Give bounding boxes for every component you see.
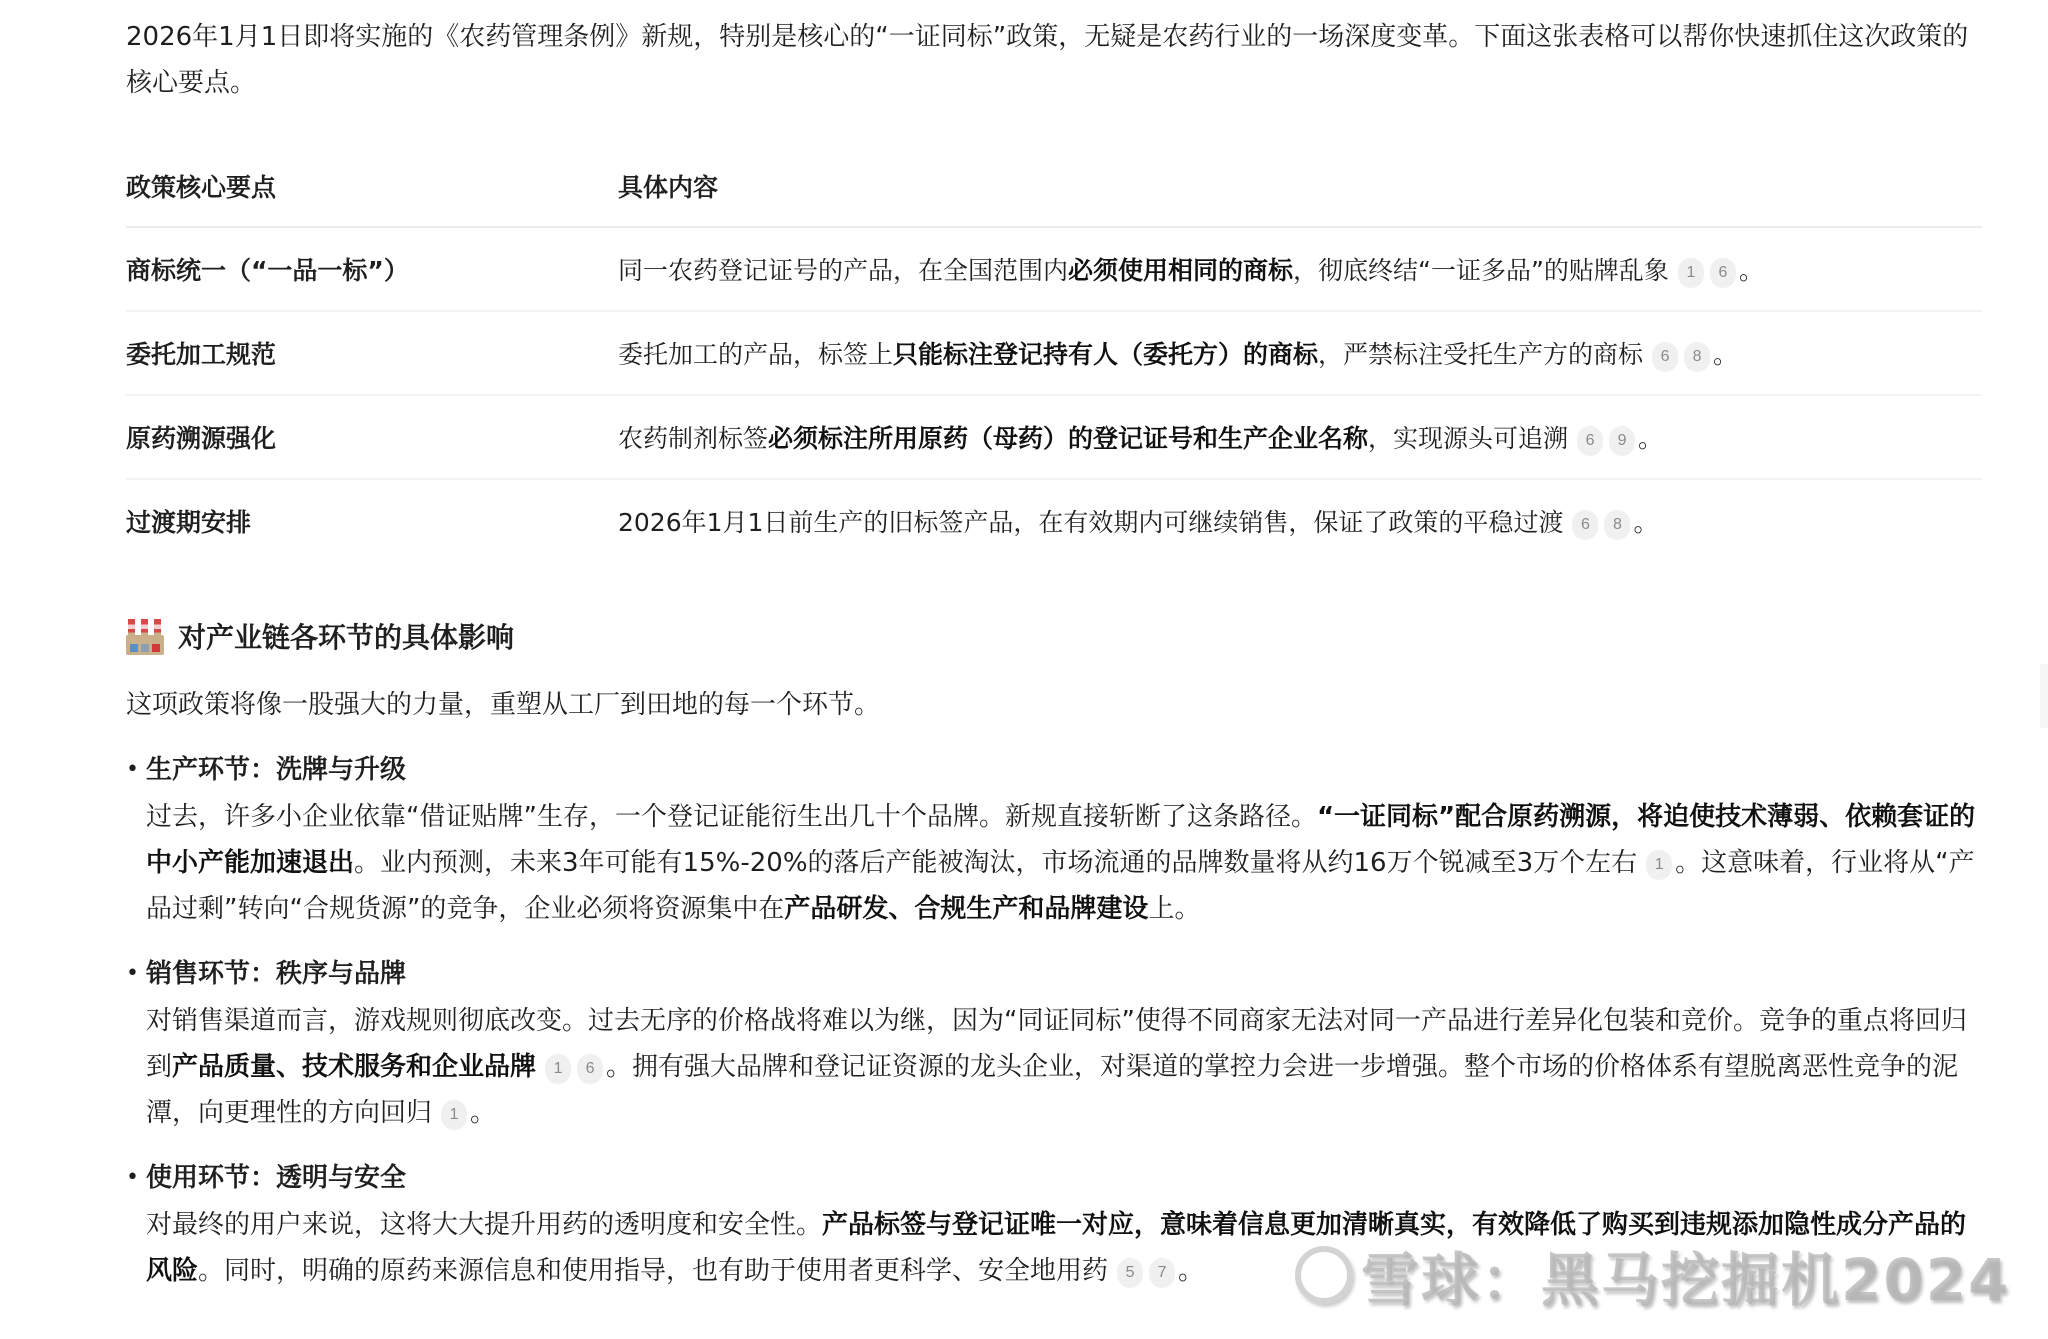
row-key: 委托加工规范	[126, 311, 618, 395]
intro-paragraph: 2026年1月1日即将实施的《农药管理条例》新规，特别是核心的“一证同标”政策，…	[126, 14, 1982, 106]
row-content: 农药制剂标签必须标注所用原药（母药）的登记证号和生产企业名称，实现源头可追溯69…	[618, 395, 1982, 479]
citation-badge[interactable]: 6	[1652, 342, 1678, 372]
scrollbar[interactable]	[2040, 664, 2048, 728]
watermark-text: 雪球：黑马挖掘机2024	[1361, 1233, 2010, 1317]
table-row: 原药溯源强化 农药制剂标签必须标注所用原药（母药）的登记证号和生产企业名称，实现…	[126, 395, 1982, 479]
citation-badge[interactable]: 8	[1604, 510, 1630, 540]
citation-badge[interactable]: 5	[1117, 1258, 1143, 1288]
bullet-title: 生产环节：洗牌与升级	[126, 750, 1982, 790]
citation-badge[interactable]: 1	[545, 1054, 571, 1084]
bullet-body: 过去，许多小企业依靠“借证贴牌”生存，一个登记证能衍生出几十个品牌。新规直接斩断…	[126, 794, 1982, 932]
table-row: 过渡期安排 2026年1月1日前生产的旧标签产品，在有效期内可继续销售，保证了政…	[126, 479, 1982, 562]
citation-badge[interactable]: 6	[1577, 426, 1603, 456]
bullet-title: 使用环节：透明与安全	[126, 1158, 1982, 1198]
bullet-title: 销售环节：秩序与品牌	[126, 954, 1982, 994]
column-header-content: 具体内容	[618, 146, 1982, 227]
row-content: 2026年1月1日前生产的旧标签产品，在有效期内可继续销售，保证了政策的平稳过渡…	[618, 479, 1982, 562]
row-key: 商标统一（“一品一标”）	[126, 227, 618, 311]
row-content: 委托加工的产品，标签上只能标注登记持有人（委托方）的商标，严禁标注受托生产方的商…	[618, 311, 1982, 395]
row-key: 原药溯源强化	[126, 395, 618, 479]
citation-badge[interactable]: 6	[1710, 258, 1736, 288]
list-item-production: 生产环节：洗牌与升级 过去，许多小企业依靠“借证贴牌”生存，一个登记证能衍生出几…	[126, 750, 1982, 932]
column-header-key: 政策核心要点	[126, 146, 618, 227]
bullet-body: 对销售渠道而言，游戏规则彻底改变。过去无序的价格战将难以为继，因为“同证同标”使…	[126, 998, 1982, 1136]
factory-icon	[126, 617, 164, 655]
citation-badge[interactable]: 9	[1609, 426, 1635, 456]
section-heading-text: 对产业链各环节的具体影响	[178, 616, 514, 656]
section-lead: 这项政策将像一股强大的力量，重塑从工厂到田地的每一个环节。	[126, 682, 1982, 728]
watermark: 雪球：黑马挖掘机2024	[1295, 1240, 2010, 1310]
citation-badge[interactable]: 8	[1684, 342, 1710, 372]
list-item-sales: 销售环节：秩序与品牌 对销售渠道而言，游戏规则彻底改变。过去无序的价格战将难以为…	[126, 954, 1982, 1136]
row-key: 过渡期安排	[126, 479, 618, 562]
table-header-row: 政策核心要点 具体内容	[126, 146, 1982, 227]
policy-table: 政策核心要点 具体内容 商标统一（“一品一标”） 同一农药登记证号的产品，在全国…	[126, 146, 1982, 562]
row-content: 同一农药登记证号的产品，在全国范围内必须使用相同的商标，彻底终结“一证多品”的贴…	[618, 227, 1982, 311]
citation-badge[interactable]: 1	[1646, 850, 1672, 880]
table-row: 商标统一（“一品一标”） 同一农药登记证号的产品，在全国范围内必须使用相同的商标…	[126, 227, 1982, 311]
snowball-logo-icon	[1295, 1246, 1353, 1304]
article: 2026年1月1日即将实施的《农药管理条例》新规，特别是核心的“一证同标”政策，…	[126, 0, 1982, 1294]
section-heading: 对产业链各环节的具体影响	[126, 614, 1982, 658]
citation-badge[interactable]: 1	[1678, 258, 1704, 288]
citation-badge[interactable]: 6	[1572, 510, 1598, 540]
citation-badge[interactable]: 6	[577, 1054, 603, 1084]
citation-badge[interactable]: 1	[441, 1100, 467, 1130]
citation-badge[interactable]: 7	[1149, 1258, 1175, 1288]
table-row: 委托加工规范 委托加工的产品，标签上只能标注登记持有人（委托方）的商标，严禁标注…	[126, 311, 1982, 395]
